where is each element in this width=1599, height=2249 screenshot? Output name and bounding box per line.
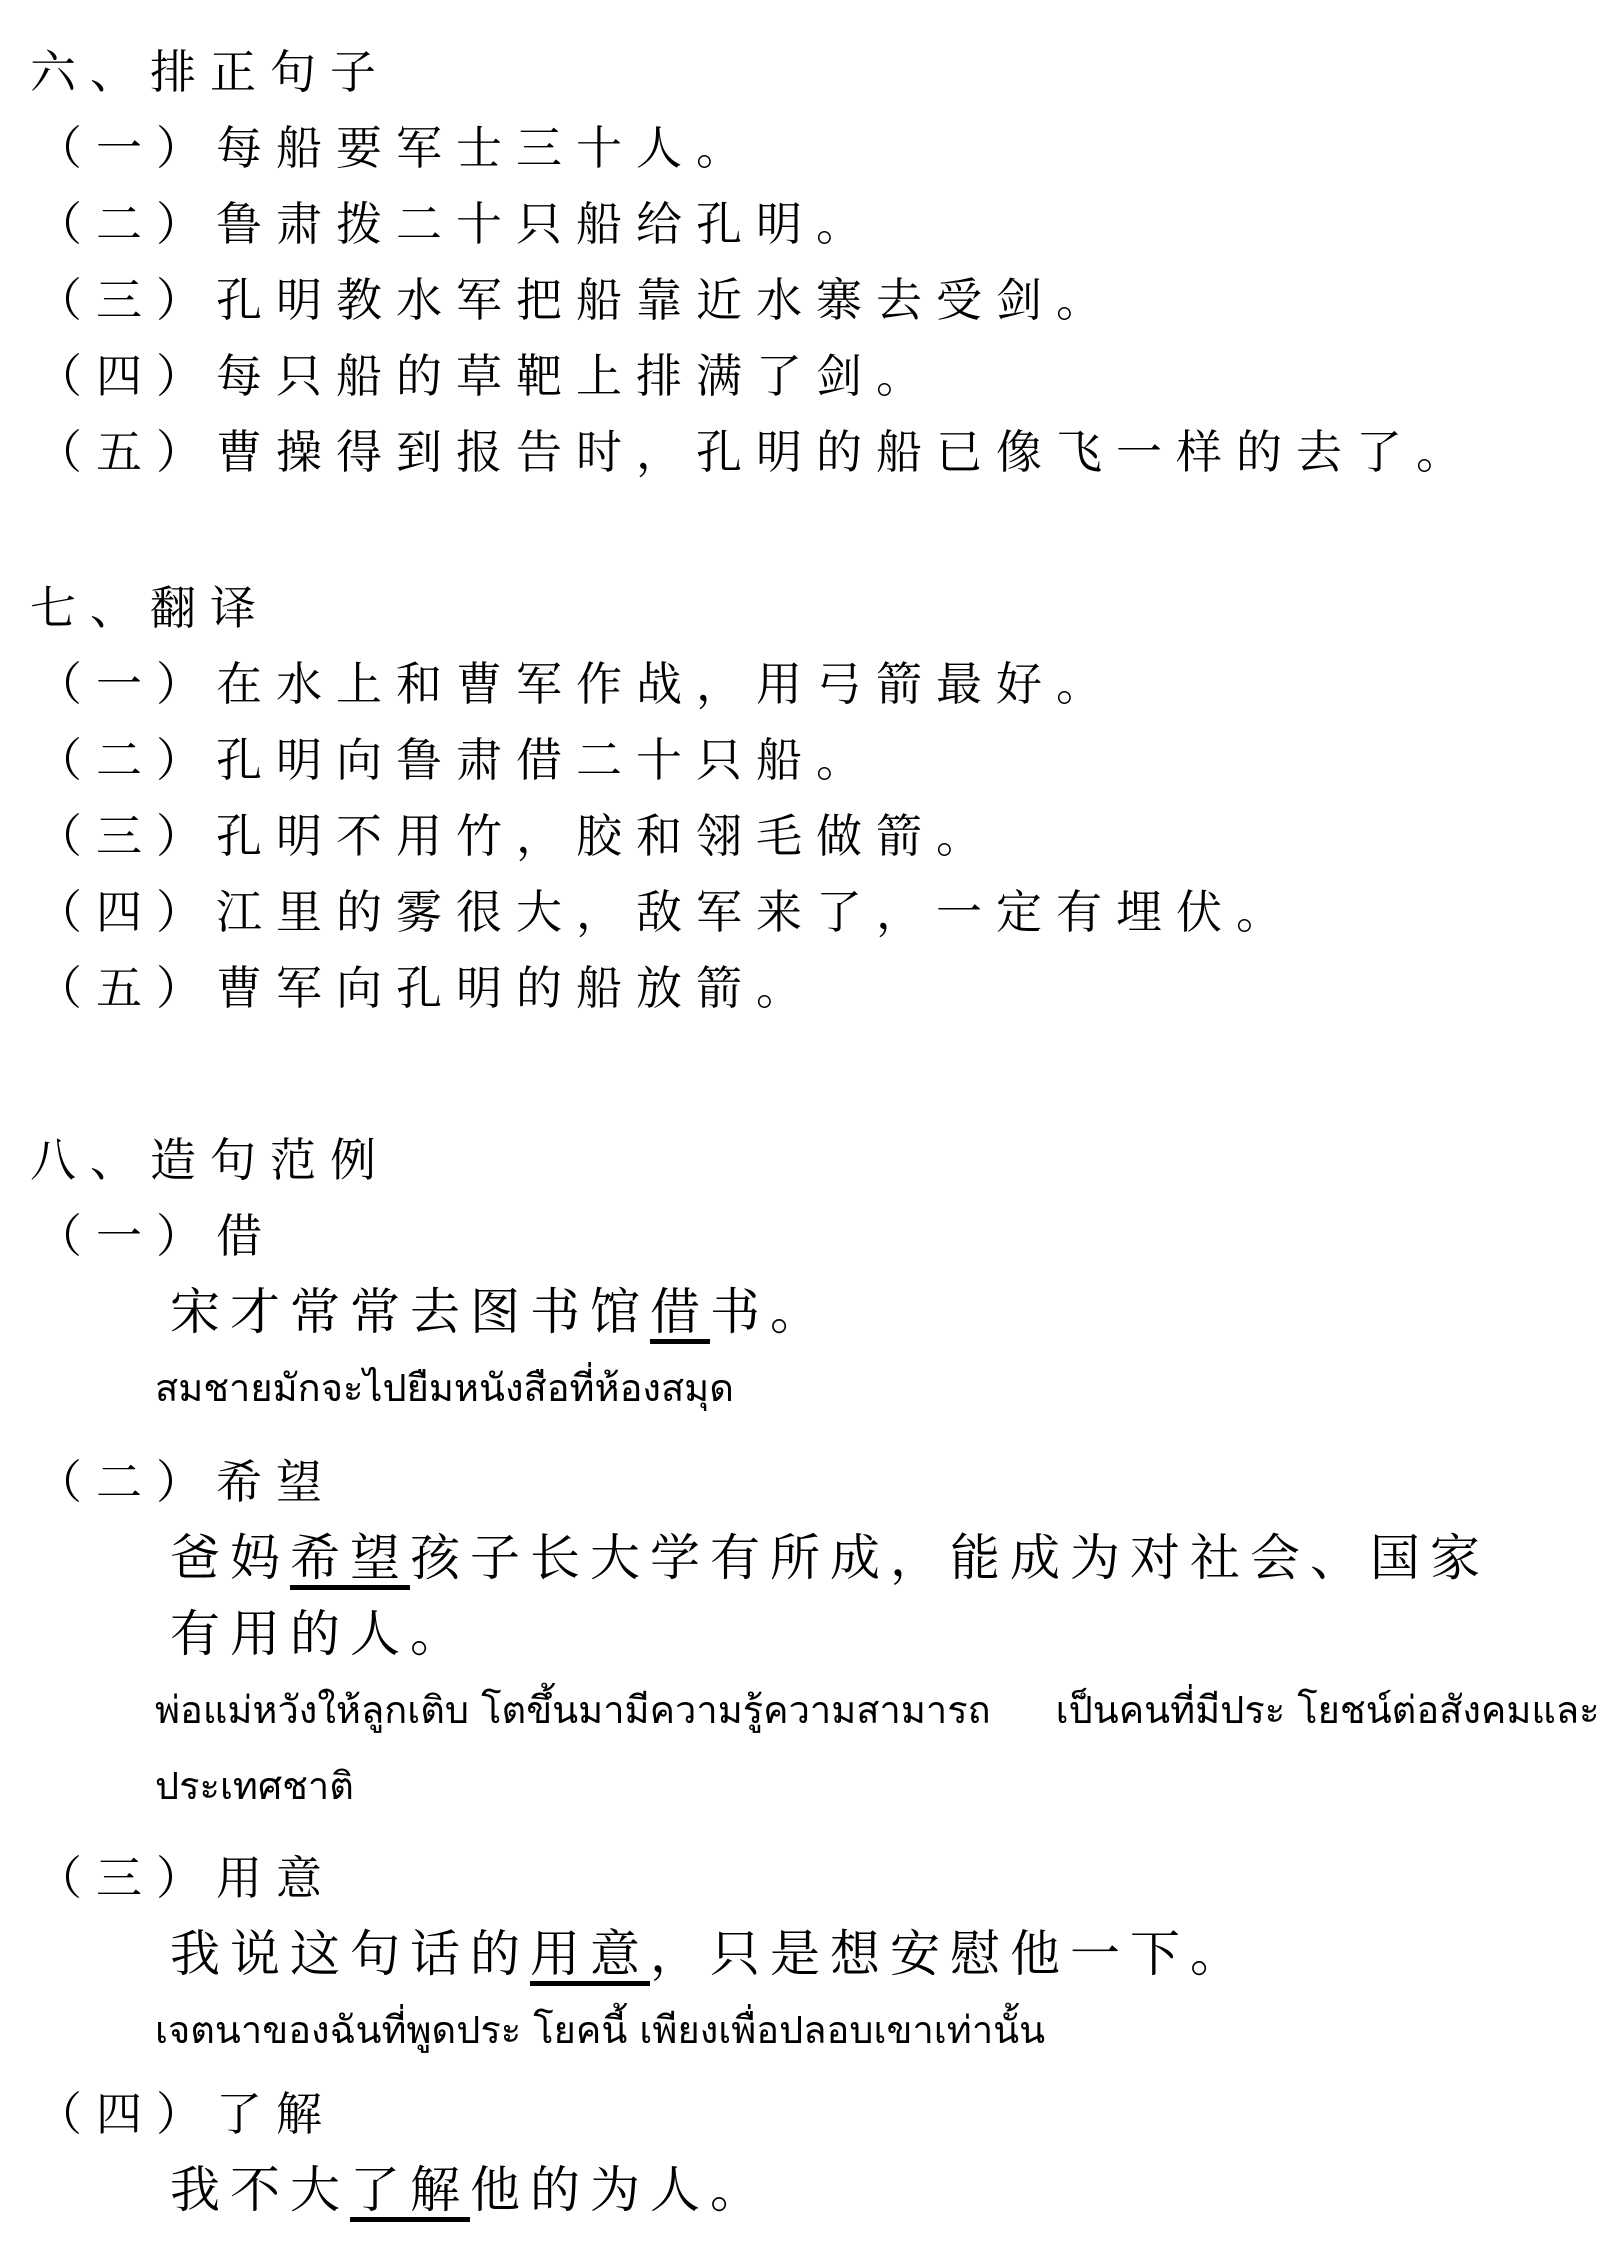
example-1-sentence: 宋才常常去图书馆借书。 (170, 1274, 1590, 1350)
section-7-item-1: （一）在水上和曹军作战，用弓箭最好。 (36, 646, 1590, 722)
section-7-header: 七、翻译 (30, 570, 1590, 646)
example-1-underlined-word: 借 (650, 1283, 710, 1341)
section-6: 六、排正句子 （一）每船要军士三十人。 （二）鲁肃拨二十只船给孔明。 （三）孔明… (30, 34, 1590, 490)
example-2-thai-translation-line-1: พ่อแม่หวังให้ลูกเติบ โตขึ้นมามีความรู้คว… (155, 1672, 1590, 1748)
example-1-sentence-pre: 宋才常常去图书馆 (170, 1283, 650, 1341)
example-2-sentence-line-1: 爸妈希望孩子长大学有所成，能成为对社会、国家 (170, 1520, 1590, 1596)
example-2-underlined-word: 希望 (290, 1529, 410, 1587)
section-7-item-4: （四）江里的雾很大，敌军来了，一定有埋伏。 (36, 874, 1590, 950)
section-7-item-3: （三）孔明不用竹，胶和翎毛做箭。 (36, 798, 1590, 874)
example-2-thai-part-b: เป็นคนที่มีประ โยชน์ต่อสังคมและ (1056, 1688, 1599, 1732)
example-2: （二）希望 爸妈希望孩子长大学有所成，能成为对社会、国家 有用的人。 พ่อแม… (30, 1444, 1590, 1824)
example-3-sentence: 我说这句话的用意，只是想安慰他一下。 (170, 1916, 1590, 1992)
example-2-label: （二）希望 (36, 1444, 1590, 1520)
example-4: （四）了解 我不大了解他的为人。 (30, 2076, 1590, 2228)
example-4-sentence: 我不大了解他的为人。 (170, 2152, 1590, 2228)
section-6-item-1: （一）每船要军士三十人。 (36, 110, 1590, 186)
section-6-header: 六、排正句子 (30, 34, 1590, 110)
example-1-thai-translation: สมชายมักจะไปยืมหนังสือที่ห้องสมุด (155, 1350, 1590, 1426)
example-1-sentence-post: 书。 (710, 1283, 830, 1341)
example-3-sentence-pre: 我说这句话的 (170, 1925, 530, 1983)
document-page: 六、排正句子 （一）每船要军士三十人。 （二）鲁肃拨二十只船给孔明。 （三）孔明… (0, 0, 1590, 2228)
section-7-item-5: （五）曹军向孔明的船放箭。 (36, 950, 1590, 1026)
section-8-header: 八、造句范例 (30, 1122, 1590, 1198)
section-6-item-5: （五）曹操得到报告时，孔明的船已像飞一样的去了。 (36, 414, 1590, 490)
example-2-thai-part-a: พ่อแม่หวังให้ลูกเติบ โตขึ้นมามีความรู้คว… (155, 1688, 991, 1732)
example-4-sentence-pre: 我不大 (170, 2161, 350, 2219)
example-3-sentence-post: ，只是想安慰他一下。 (650, 1925, 1250, 1983)
example-2-sentence-post: 孩子长大学有所成，能成为对社会、国家 (410, 1529, 1490, 1587)
example-4-label: （四）了解 (36, 2076, 1590, 2152)
example-1: （一）借 宋才常常去图书馆借书。 สมชายมักจะไปยืมหนังสือท… (30, 1198, 1590, 1426)
section-6-item-3: （三）孔明教水军把船靠近水寨去受剑。 (36, 262, 1590, 338)
section-7: 七、翻译 （一）在水上和曹军作战，用弓箭最好。 （二）孔明向鲁肃借二十只船。 （… (30, 570, 1590, 1026)
section-8: 八、造句范例 （一）借 宋才常常去图书馆借书。 สมชายมักจะไปยืมห… (30, 1122, 1590, 2228)
example-2-sentence-line-2: 有用的人。 (170, 1596, 1590, 1672)
example-1-label: （一）借 (36, 1198, 1590, 1274)
section-7-item-2: （二）孔明向鲁肃借二十只船。 (36, 722, 1590, 798)
example-3-thai-translation: เจตนาของฉันที่พูดประ โยคนี้ เพียงเพื่อปล… (155, 1992, 1590, 2068)
example-2-thai-translation-line-2: ประเทศชาติ (155, 1748, 1590, 1824)
section-6-item-2: （二）鲁肃拨二十只船给孔明。 (36, 186, 1590, 262)
example-4-sentence-post: 他的为人。 (470, 2161, 770, 2219)
example-4-underlined-word: 了解 (350, 2161, 470, 2219)
section-6-item-4: （四）每只船的草靶上排满了剑。 (36, 338, 1590, 414)
example-3: （三）用意 我说这句话的用意，只是想安慰他一下。 เจตนาของฉันที่พ… (30, 1840, 1590, 2068)
example-2-sentence-pre: 爸妈 (170, 1529, 290, 1587)
example-3-label: （三）用意 (36, 1840, 1590, 1916)
example-3-underlined-word: 用意 (530, 1925, 650, 1983)
